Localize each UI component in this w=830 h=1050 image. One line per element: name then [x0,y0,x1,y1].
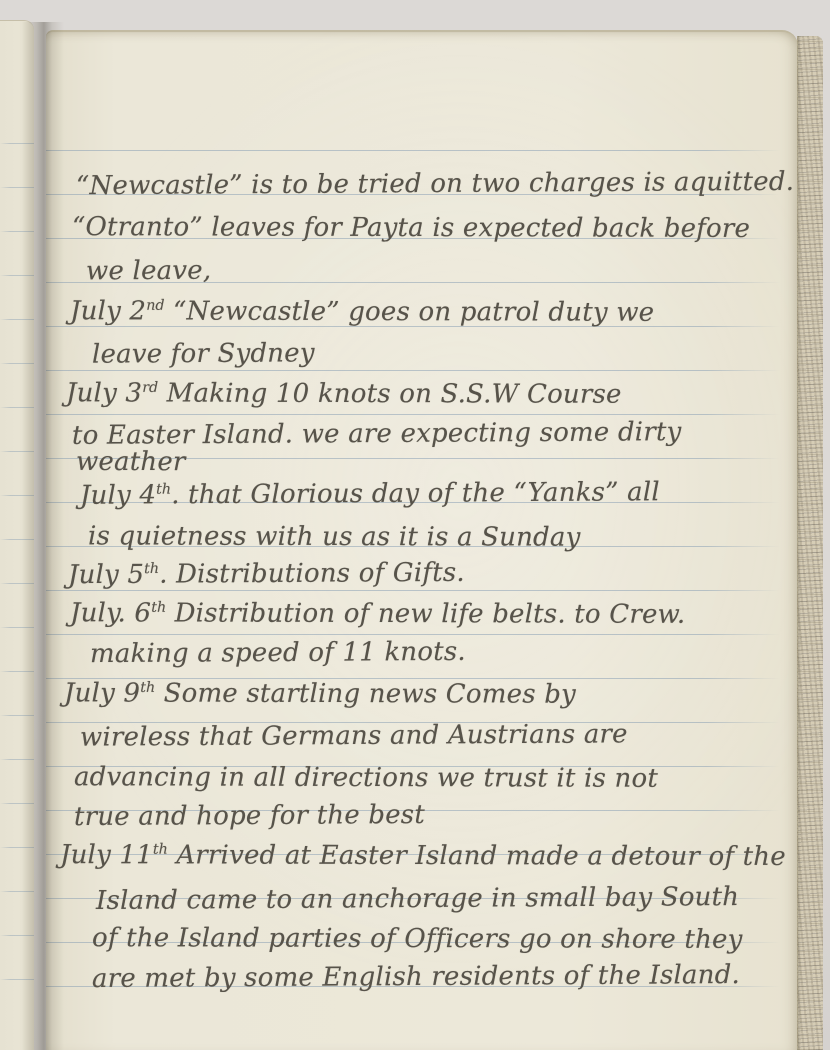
ruled-line [0,363,34,364]
handwriting-line: of the Island parties of Officers go on … [92,925,743,953]
ruled-line [0,803,34,804]
handwriting-line: July 9th Some startling news Comes by [64,680,576,707]
ruled-line [46,150,780,151]
ruled-line [46,634,780,635]
ruled-line [0,715,34,716]
ruled-line [0,627,34,628]
ruled-line [0,451,34,452]
ruled-line [0,759,34,760]
handwriting-line: are met by some English residents of the… [92,962,740,992]
diary-page: “Newcastle” is to be tried on two charge… [46,30,798,1050]
ruled-line [0,143,34,144]
ruled-line [0,231,34,232]
ruled-line [46,590,780,591]
ruled-line [0,319,34,320]
ruled-line [0,539,34,540]
handwriting-line: true and hope for the best [74,802,425,830]
ruled-line [0,495,34,496]
handwriting-line: July 5th. Distributions of Gifts. [68,560,465,588]
ruled-line [46,414,780,415]
ruled-line [0,847,34,848]
ruled-line [0,891,34,892]
ruled-line [0,979,34,980]
handwriting-line: July. 6th Distribution of new life belts… [70,600,685,628]
handwriting-line: is quietness with us as it is a Sunday [88,523,581,550]
handwriting-line: to Easter Island. we are expecting some … [72,419,682,449]
handwriting-line: wireless that Germans and Austrians are [80,721,628,750]
handwriting-line: advancing in all directions we trust it … [74,764,658,792]
handwriting-line: July 3rd Making 10 knots on S.S.W Course [66,380,622,407]
handwriting-line: leave for Sydney [92,340,315,367]
handwriting-line: Island came to an anchorage in small bay… [96,884,739,914]
ruled-line [46,370,780,371]
handwriting-line: July 4th. that Glorious day of the “Yank… [80,479,660,509]
handwriting-line: “Otranto” leaves for Payta is expected b… [72,214,750,242]
handwriting-line: July 11th Arrived at Easter Island made … [60,842,786,870]
page-edges-deckle [797,36,823,1050]
handwriting-line: weather [76,449,186,475]
ruled-line [0,671,34,672]
facing-page-edge [0,20,34,1050]
handwriting-line: “Newcastle” is to be tried on two charge… [76,169,794,199]
ruled-line [0,935,34,936]
handwriting-line: making a speed of 11 knots. [90,639,466,667]
ruled-line [0,187,34,188]
handwriting-line: July 2nd “Newcastle” goes on patrol duty… [70,298,654,326]
handwriting-line: we leave, [86,258,211,285]
diary-page-photo: “Newcastle” is to be tried on two charge… [0,0,830,1050]
ruled-line [0,407,34,408]
ruled-line [0,275,34,276]
ruled-line [0,583,34,584]
